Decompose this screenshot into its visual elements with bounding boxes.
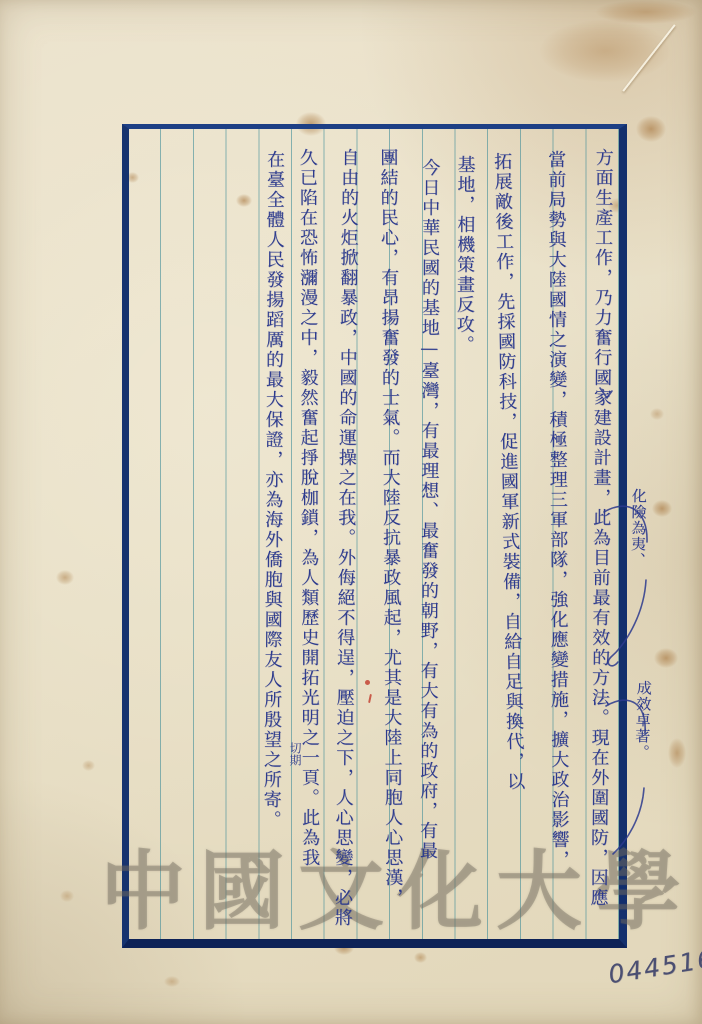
stain-spot	[596, 0, 696, 24]
stain-spot	[650, 408, 664, 420]
interlinear-note: 切期	[288, 742, 302, 776]
red-correction-mark	[365, 680, 370, 685]
text-column-9: 在臺全體人民發揚蹈厲的最大保證，亦為海外僑胞與國際友人所殷望之所寄。	[252, 150, 292, 940]
text-column-7: 自由的火炬掀翻暴政，中國的命運操之在我。外侮絕不得逞，壓迫之下，人心思變，必將	[324, 148, 367, 938]
text-column-4: 基地，相機策畫反攻。	[445, 155, 482, 387]
text-column-1: 方面生產工作，乃力奮行國家建設計畫，此為目前最有效的方法。現在外圍國防，因應	[579, 148, 620, 914]
stain-spot	[636, 116, 666, 142]
text-column-2: 當前局勢與大陸國情之演變，積極整理三軍部隊，強化應變措施，擴大政治影響，	[537, 150, 577, 912]
text-column-6: 團結的民心，有昂揚奮發的士氣。而大陸反抗暴政風起，尤其是大陸上同胞人心思漢，	[369, 148, 411, 938]
paper-crease	[622, 24, 675, 91]
stain-spot	[82, 760, 95, 771]
stain-spot	[60, 890, 74, 902]
stain-spot	[414, 952, 427, 963]
text-column-8: 久已陷在恐怖瀰漫之中，毅然奮起掙脫枷鎖，為人類歷史開拓光明之一頁。此為我	[289, 148, 328, 938]
stain-spot	[654, 648, 678, 668]
page-serial-number: 044516	[606, 944, 702, 989]
text-column-5: 今日中華民國的基地—臺灣，有最理想、最奮發的朝野，有大有為的政府，有最	[409, 158, 448, 936]
manuscript-page-scan: 中國文化大學 方面生產工作，乃力奮行國家建設計畫，此為目前最有效的方法。現在外圍…	[0, 0, 702, 1024]
stain-spot	[56, 570, 74, 585]
stain-spot	[668, 738, 686, 768]
stain-spot	[540, 20, 670, 82]
stain-spot	[652, 500, 672, 517]
margin-note-1: 化險為夷、	[625, 488, 651, 592]
stain-spot	[164, 976, 180, 987]
margin-note-2: 成效卓著。	[628, 680, 656, 801]
